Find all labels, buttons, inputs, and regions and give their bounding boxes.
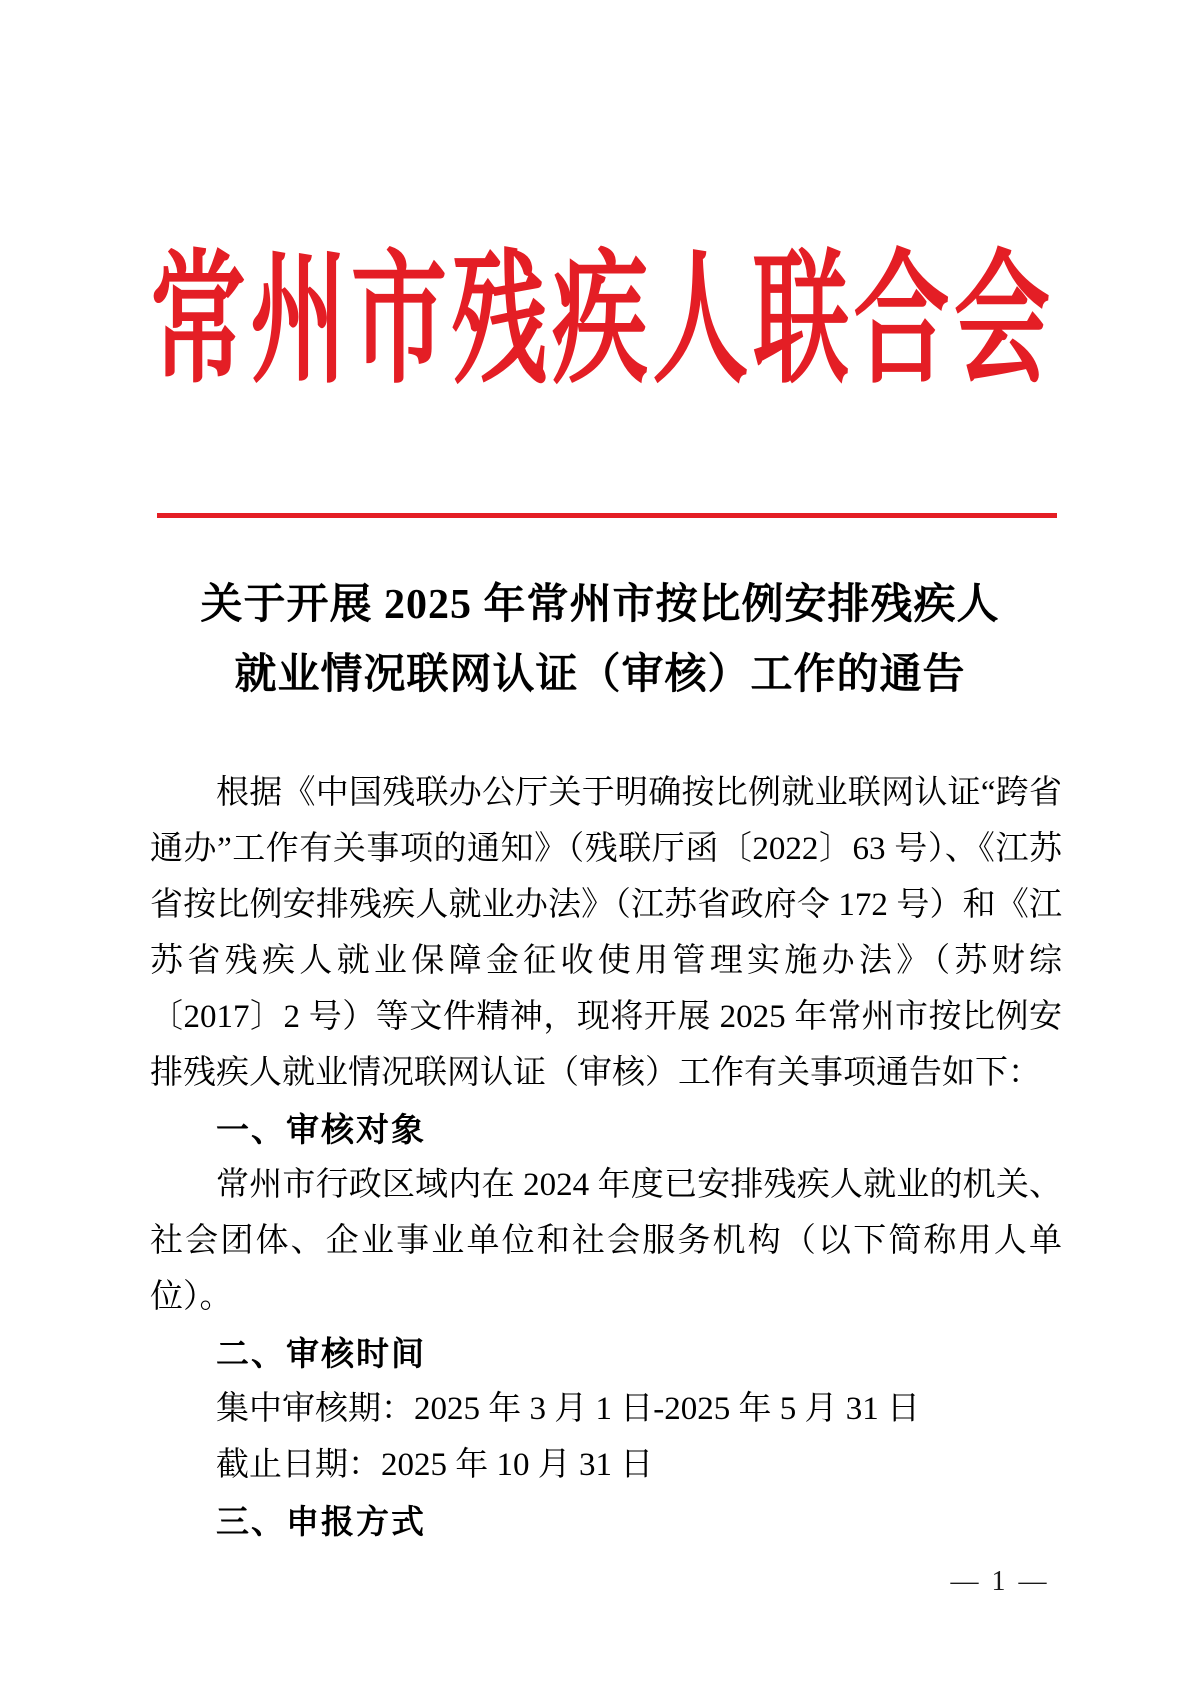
notice-title-line1: 关于开展 2025 年常州市按比例安排残疾人 — [144, 570, 1056, 640]
section1-heading: 一、审核对象 — [150, 1102, 1062, 1158]
notice-body: 根据《中国残联办公厅关于明确按比例就业联网认证“跨省通办”工作有关事项的通知》（… — [150, 766, 1062, 1550]
letterhead-separator-line — [157, 513, 1057, 518]
document-page: 常州市残疾人联合会 关于开展 2025 年常州市按比例安排残疾人 就业情况联网认… — [0, 0, 1199, 1696]
section2-heading: 二、审核时间 — [150, 1326, 1062, 1382]
section3-heading: 三、申报方式 — [150, 1494, 1062, 1550]
notice-title: 关于开展 2025 年常州市按比例安排残疾人 就业情况联网认证（审核）工作的通告 — [144, 570, 1056, 710]
page-number: — 1 — — [880, 1566, 1120, 1598]
letterhead-org-name: 常州市残疾人联合会 — [150, 197, 1050, 445]
intro-paragraph: 根据《中国残联办公厅关于明确按比例就业联网认证“跨省通办”工作有关事项的通知》（… — [150, 766, 1062, 1102]
section2-deadline: 截止日期：2025 年 10 月 31 日 — [150, 1438, 1062, 1494]
section2-review-period: 集中审核期：2025 年 3 月 1 日-2025 年 5 月 31 日 — [150, 1382, 1062, 1438]
notice-title-line2: 就业情况联网认证（审核）工作的通告 — [144, 640, 1056, 710]
section1-paragraph: 常州市行政区域内在 2024 年度已安排残疾人就业的机关、社会团体、企业事业单位… — [150, 1158, 1062, 1326]
